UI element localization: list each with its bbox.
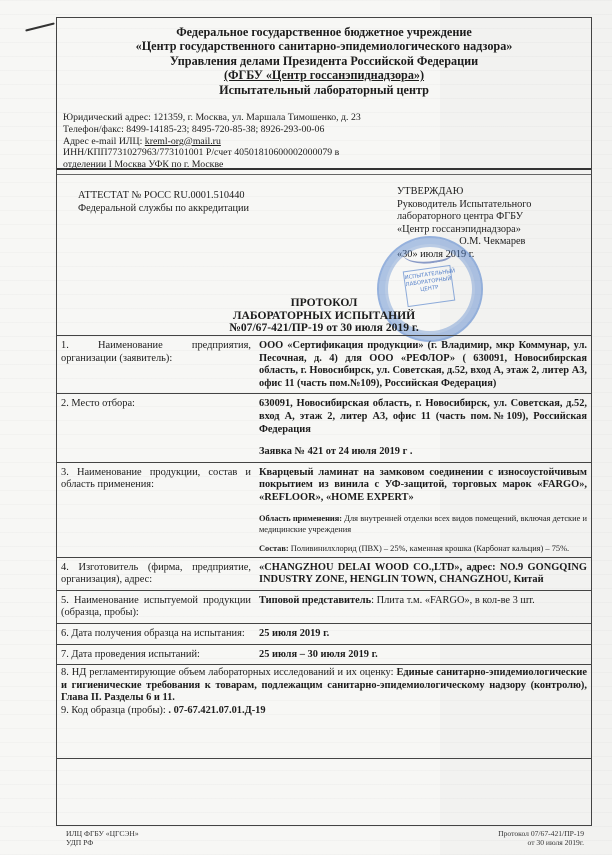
row-label: 7. Дата проведения испытаний: [57, 644, 255, 665]
protocol-number: №07/67-421/ПР-19 от 30 июля 2019 г. [57, 322, 591, 335]
attestation-block: АТТЕСТАТ № РОСС RU.0001.510440 Федеральн… [78, 190, 249, 215]
header-line-3: Управления делами Президента Российской … [57, 54, 591, 68]
inn-line: ИНН/КПП7731027963/773101001 Р/счет 40501… [63, 147, 361, 159]
row-value: «CHANGZHOU DELAI WOOD CO.,LTD», адрес: N… [255, 557, 591, 590]
protocol-title-block: ПРОТОКОЛ ЛАБОРАТОРНЫХ ИСПЫТАНИЙ №07/67-4… [57, 297, 591, 335]
product-name: Кварцевый ламинат на замковом соединении… [259, 467, 587, 503]
attestation-number: АТТЕСТАТ № РОСС RU.0001.510440 [78, 190, 249, 203]
row-label: 4. Изготовитель (фирма, предприятие, орг… [57, 557, 255, 590]
sample-description: : Плита т.м. «FARGO», в кол-ве 3 шт. [371, 595, 535, 606]
sample-code-label: 9. Код образца (пробы): [61, 705, 168, 716]
row-value: 630091, Новосибирская область, г. Новоси… [255, 394, 591, 462]
header-line-2: «Центр государственного санитарно-эпидем… [57, 39, 591, 53]
table-row: 1. Наименование предприятия, организации… [57, 336, 591, 394]
approval-line-2: лабораторного центра ФГБУ [397, 211, 531, 224]
protocol-info-table: 1. Наименование предприятия, организации… [57, 335, 591, 719]
row-value: Типовой представитель: Плита т.м. «FARGO… [255, 590, 591, 623]
email-line: Адрес e-mail ИЛЦ: kreml-org@mail.ru [63, 136, 361, 148]
header-divider [57, 168, 591, 175]
footer-org-sub: УДП РФ [66, 838, 139, 847]
composition-text: Состав: Поливинилхлорид (ПВХ) – 25%, кам… [259, 543, 587, 554]
attestation-authority: Федеральной службы по аккредитации [78, 203, 249, 216]
scope-label: Область применения: [259, 514, 342, 523]
document-frame: Федеральное государственное бюджетное уч… [56, 17, 592, 826]
footer-protocol: Протокол 07/67-421/ПР-19 [498, 829, 584, 838]
row-label: 1. Наименование предприятия, организации… [57, 336, 255, 394]
protocol-title: ПРОТОКОЛ [57, 297, 591, 310]
row-value: ООО «Сертификация продукции» (г. Владими… [255, 336, 591, 394]
institution-header: Федеральное государственное бюджетное уч… [57, 18, 591, 97]
pen-mark [25, 22, 55, 31]
regulatory-docs-row: 8. НД регламентирующие объем лабораторны… [57, 665, 591, 720]
header-line-5: Испытательный лабораторный центр [57, 83, 591, 97]
phone-fax: Телефон/факс: 8499-14185-23; 8495-720-85… [63, 124, 361, 136]
approval-line-1: Руководитель Испытательного [397, 199, 531, 212]
email-link[interactable]: kreml-org@mail.ru [145, 136, 221, 147]
row-value: 25 июля 2019 г. [255, 623, 591, 644]
sample-code-value: . 07-67.421.07.01.Д-19 [168, 705, 265, 716]
scope-text: Область применения: Для внутренней отдел… [259, 513, 587, 535]
sample-type-label: Типовой представитель [259, 595, 371, 606]
email-label: Адрес e-mail ИЛЦ: [63, 136, 145, 147]
composition-value: Поливинилхлорид (ПВХ) – 25%, каменная кр… [289, 544, 569, 553]
table-row: 2. Место отбора: 630091, Новосибирская о… [57, 394, 591, 462]
table-row: 5. Наименование испытуемой продукции (об… [57, 590, 591, 623]
application-number: Заявка № 421 от 24 июля 2019 г . [259, 446, 587, 459]
approval-title: УТВЕРЖДАЮ [397, 186, 531, 199]
footer-org: ИЛЦ ФГБУ «ЦГСЭН» [66, 829, 139, 838]
row-label: 3. Наименование продукции, состав и обла… [57, 462, 255, 557]
row-label: 5. Наименование испытуемой продукции (об… [57, 590, 255, 623]
footer-right: Протокол 07/67-421/ПР-19 от 30 июля 2019… [498, 829, 584, 848]
row-label: 8. НД регламентирующие объем лабораторны… [61, 667, 396, 678]
table-row: 8. НД регламентирующие объем лабораторны… [57, 665, 591, 720]
footer-left: ИЛЦ ФГБУ «ЦГСЭН» УДП РФ [66, 829, 139, 848]
table-row: 3. Наименование продукции, состав и обла… [57, 462, 591, 557]
table-row: 6. Дата получения образца на испытания: … [57, 623, 591, 644]
composition-label: Состав: [259, 544, 289, 553]
approval-line-3: «Центр госсанэпиднадзора» [397, 224, 531, 237]
table-row: 4. Изготовитель (фирма, предприятие, орг… [57, 557, 591, 590]
table-bottom-rule [57, 758, 591, 759]
contact-block: Юридический адрес: 121359, г. Москва, ул… [63, 112, 361, 171]
row-label: 6. Дата получения образца на испытания: [57, 623, 255, 644]
footer-date: от 30 июля 2019г. [498, 838, 584, 847]
sampling-address: 630091, Новосибирская область, г. Новоси… [259, 398, 587, 434]
legal-address: Юридический адрес: 121359, г. Москва, ул… [63, 112, 361, 124]
row-label: 2. Место отбора: [57, 394, 255, 462]
table-row: 7. Дата проведения испытаний: 25 июля – … [57, 644, 591, 665]
row-value: Кварцевый ламинат на замковом соединении… [255, 462, 591, 557]
header-line-1: Федеральное государственное бюджетное уч… [57, 25, 591, 39]
row-value: 25 июля – 30 июля 2019 г. [255, 644, 591, 665]
header-line-4: (ФГБУ «Центр госсанэпиднадзора») [57, 68, 591, 82]
